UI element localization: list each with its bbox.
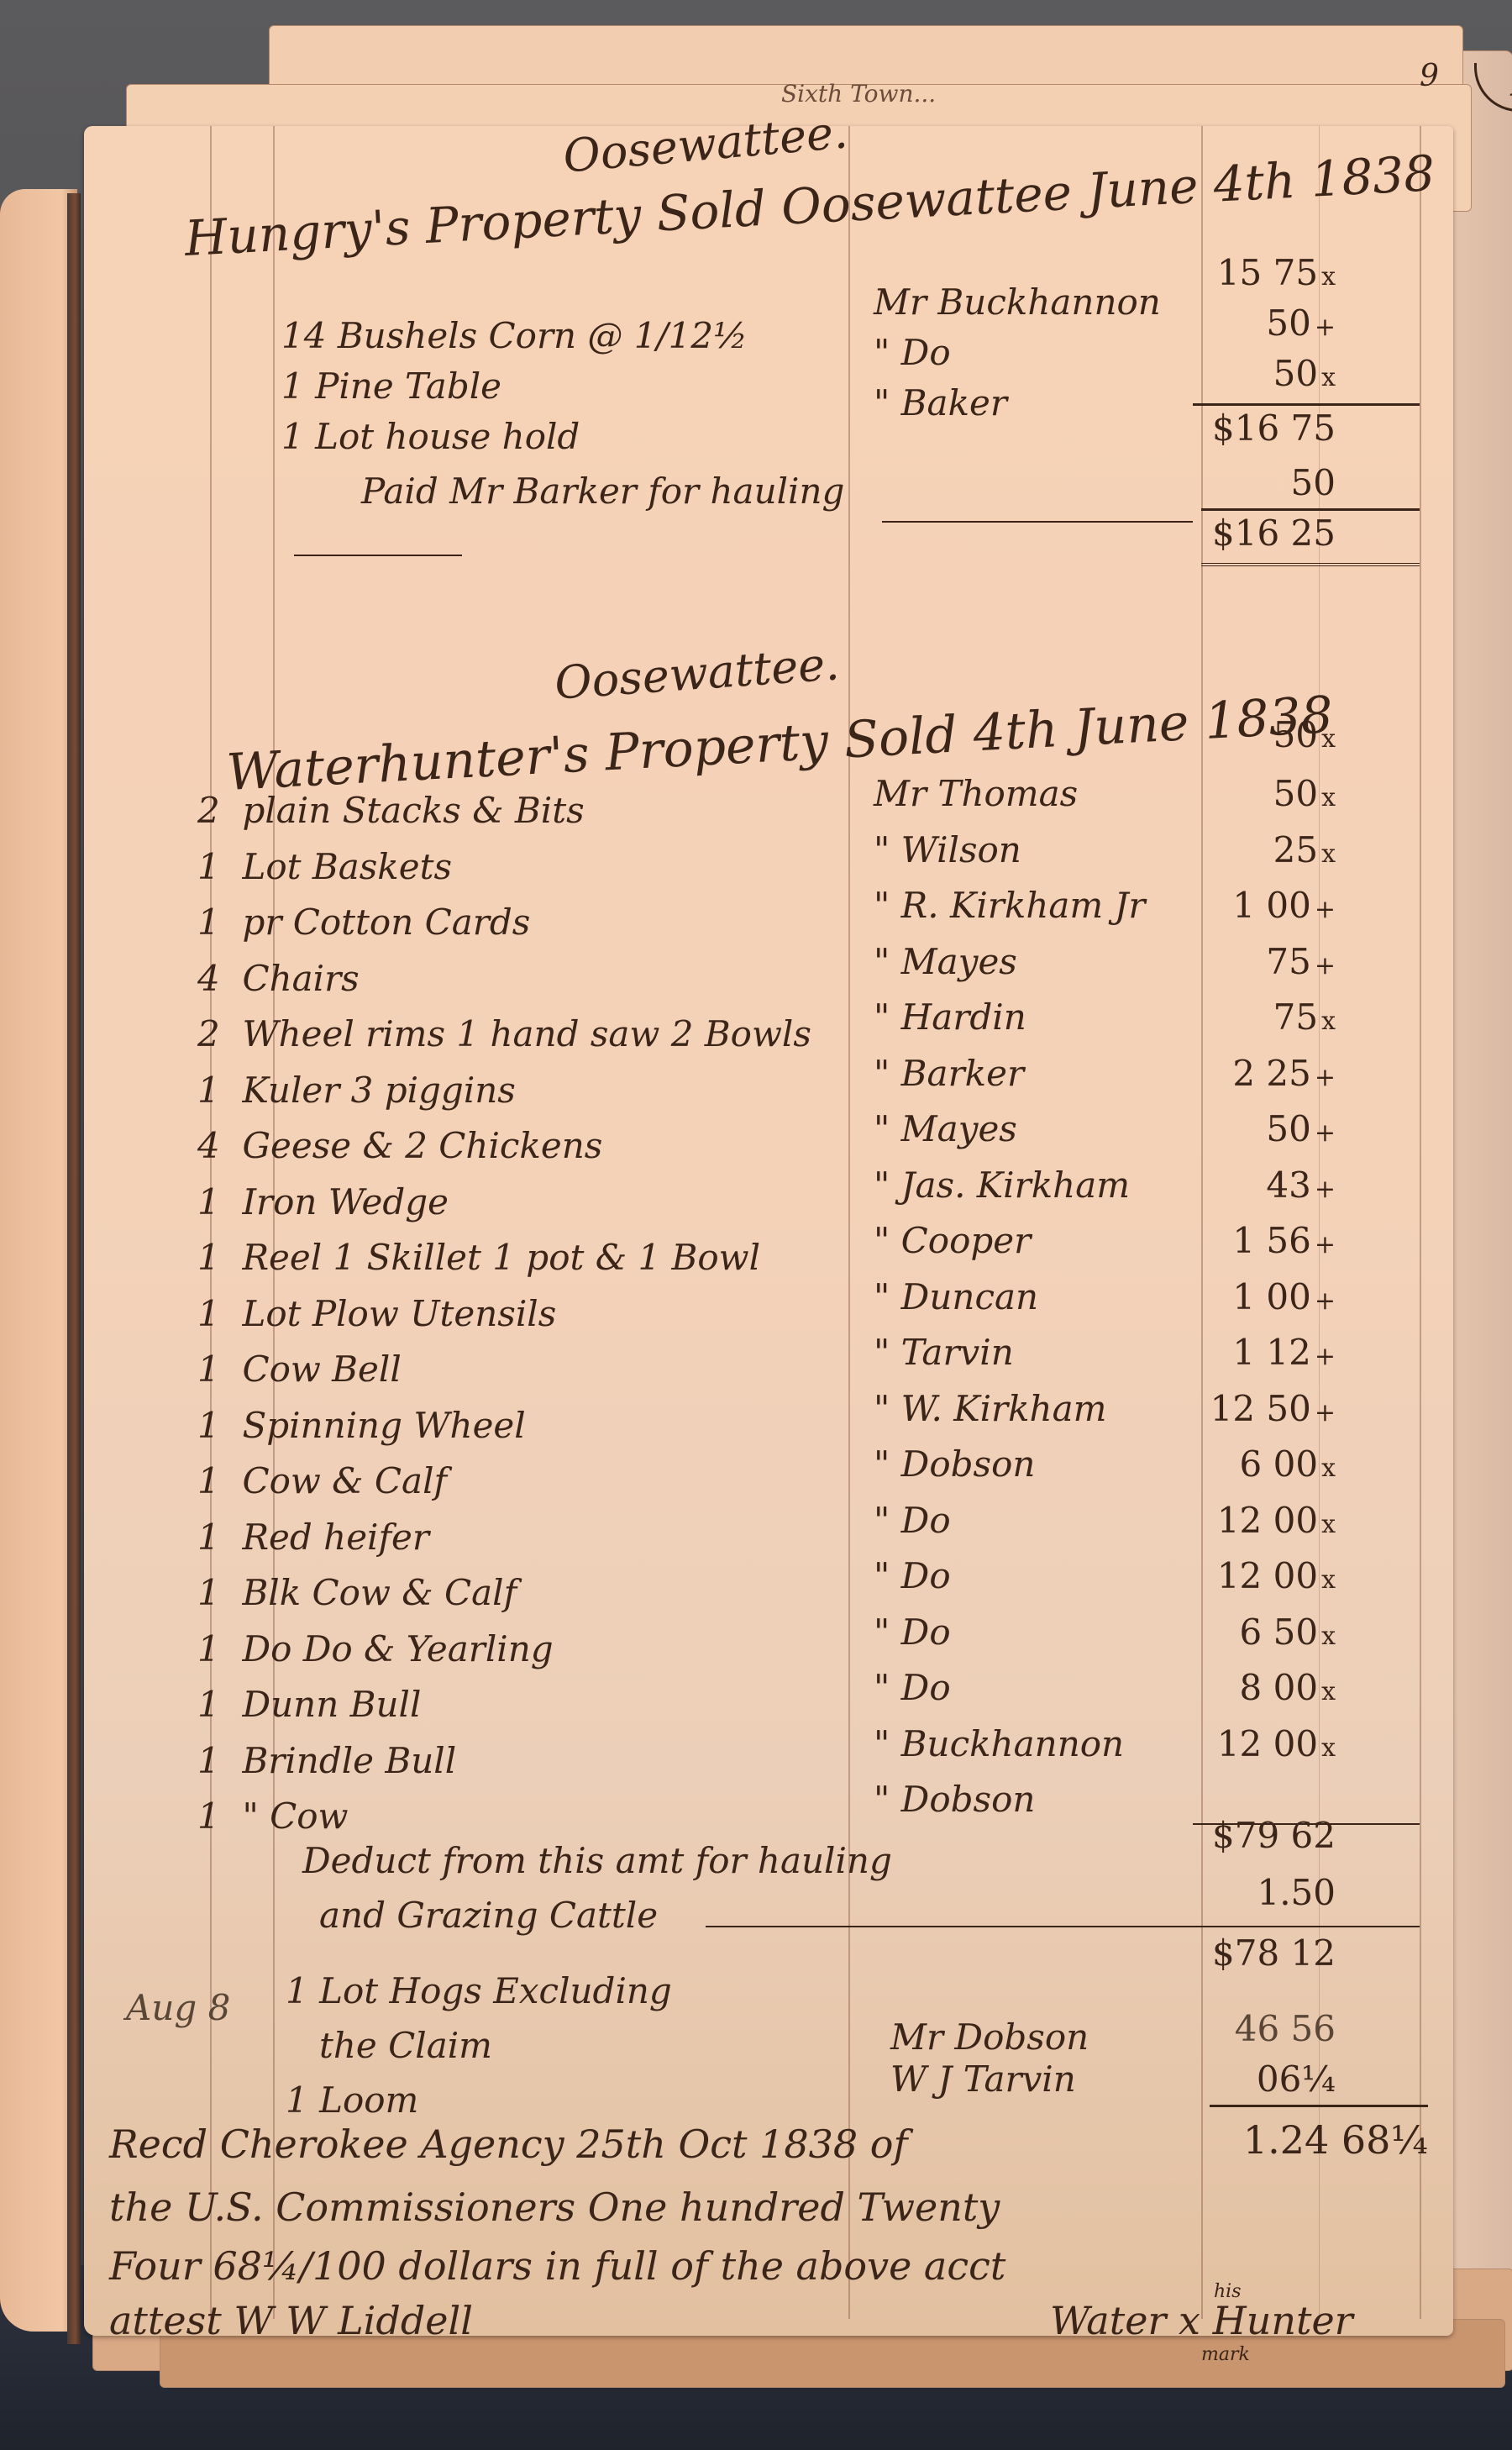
- amount: 6 00x: [1126, 1443, 1336, 1485]
- amount: 6 50x: [1126, 1611, 1336, 1653]
- list-item: 2 Wheel rims 1 hand saw 2 Bowls: [197, 1013, 811, 1054]
- section1-deduction-desc: Paid Mr Barker for hauling: [361, 471, 844, 512]
- buyer-name: " Buckhannon: [874, 1723, 1124, 1764]
- buyer-name: " Do: [874, 1611, 951, 1653]
- buyer-name: " Wilson: [874, 829, 1021, 870]
- ledger-page: Oosewattee. Hungry's Property Sold Oosew…: [84, 126, 1453, 2336]
- amount: 15 75x: [1126, 252, 1336, 293]
- list-item: 1 Lot Plow Utensils: [197, 1293, 556, 1334]
- list-item: 1 Spinning Wheel: [197, 1405, 526, 1446]
- buyer-name: " W. Kirkham: [874, 1388, 1106, 1429]
- buyer-name: " Duncan: [874, 1276, 1038, 1317]
- list-item: 1 Lot Baskets: [197, 846, 452, 887]
- list-item: 14 Bushels Corn @ 1/12½: [281, 315, 748, 356]
- receipt-attest: attest W W Liddell: [109, 2298, 473, 2343]
- section2-subtotal: $79 62: [1126, 1815, 1336, 1856]
- buyer-name: Mr Dobson: [890, 2016, 1089, 2058]
- amount: 1 00+: [1126, 1276, 1336, 1317]
- receipt-line1: Recd Cherokee Agency 25th Oct 1838 of: [109, 2121, 908, 2167]
- left-page-edge: [0, 189, 77, 2332]
- amount: 50+: [1126, 1108, 1336, 1149]
- list-item: 1 Brindle Bull: [197, 1740, 456, 1781]
- later-item: 1 Loom: [286, 2079, 418, 2121]
- list-item: 4 Geese & 2 Chickens: [197, 1125, 602, 1166]
- list-item: 1 Blk Cow & Calf: [197, 1572, 517, 1613]
- buyer-name: " Do: [874, 1667, 951, 1708]
- buyer-name: " Tarvin: [874, 1332, 1014, 1373]
- section1-title: Hungry's Property Sold Oosewattee June 4…: [183, 145, 1436, 267]
- section1-subtotal: $16 75: [1126, 407, 1336, 449]
- receipt-line2: the U.S. Commissioners One hundred Twent…: [109, 2184, 1000, 2230]
- receipt-signature: Water x Hunter: [1050, 2298, 1353, 2343]
- sum-line: [1193, 403, 1420, 406]
- amount: 12 00x: [1126, 1500, 1336, 1541]
- book-gutter: [67, 193, 81, 2344]
- buyer-name: " Do: [874, 1555, 951, 1596]
- signature-his: his: [1214, 2281, 1242, 2302]
- amount: 1 56+: [1126, 1220, 1336, 1261]
- list-item: 1 " Cow: [197, 1795, 348, 1837]
- amount: 75x: [1126, 996, 1336, 1038]
- margin-mark: 9: [1420, 59, 1439, 93]
- buyer-name: " Do: [874, 1500, 951, 1541]
- list-item: 1 Red heifer: [197, 1517, 429, 1558]
- amount: 75+: [1126, 941, 1336, 982]
- receipt-line3: Four 68¼/100 dollars in full of the abov…: [109, 2243, 1005, 2289]
- buyer-name: W J Tarvin: [890, 2058, 1076, 2100]
- buyer-name: Mr Thomas: [874, 773, 1078, 814]
- buyer-name: " Dobson: [874, 1779, 1035, 1820]
- buyer-name: " Barker: [874, 1053, 1024, 1094]
- buyer-name: " Hardin: [874, 996, 1026, 1038]
- section2-deduction-amount: 1.50: [1126, 1872, 1336, 1913]
- amount: 8 00x: [1126, 1667, 1336, 1708]
- buyer-name: " R. Kirkham Jr: [874, 885, 1146, 926]
- section2-location-heading: Oosewattee.: [553, 637, 841, 710]
- amount: 06¼: [1126, 2058, 1336, 2100]
- rule-line: [1420, 126, 1421, 2319]
- list-item: 1 Do Do & Yearling: [197, 1628, 554, 1669]
- later-item-line2: the Claim: [319, 2025, 492, 2066]
- list-item: 1 Kuler 3 piggins: [197, 1070, 516, 1111]
- section1-deduction-amount: 50: [1126, 462, 1336, 503]
- list-item: 2 plain Stacks & Bits: [197, 790, 585, 831]
- buyer-name: " Mayes: [874, 941, 1017, 982]
- buyer-name: " Cooper: [874, 1220, 1031, 1261]
- sum-line: [1201, 508, 1420, 511]
- later-item-date: Aug 8: [126, 1987, 230, 2028]
- list-item: 1 Reel 1 Skillet 1 pot & 1 Bowl: [197, 1237, 760, 1278]
- buyer-name: Mr Buckhannon: [874, 281, 1161, 323]
- struck-word-underline: [294, 555, 462, 556]
- list-item: 1 Cow & Calf: [197, 1460, 447, 1501]
- section2-deduction-line2: and Grazing Cattle: [319, 1895, 658, 1936]
- section2-deduction-line1: Deduct from this amt for hauling: [302, 1840, 892, 1881]
- amount: 1 00+: [1126, 885, 1336, 926]
- buyer-name: " Dobson: [874, 1443, 1035, 1485]
- amount: 50x: [1126, 714, 1336, 755]
- amount: 12 50+: [1126, 1388, 1336, 1429]
- amount: 12 00x: [1126, 1555, 1336, 1596]
- amount: 43+: [1126, 1165, 1336, 1206]
- list-item: 1 Dunn Bull: [197, 1684, 421, 1725]
- amount: 50x: [1126, 773, 1336, 814]
- signature-mark: mark: [1201, 2344, 1250, 2365]
- amount: 1 12+: [1126, 1332, 1336, 1373]
- rule-line: [848, 126, 850, 2319]
- dash-line: [706, 1926, 1420, 1927]
- amount: [1126, 1779, 1336, 1820]
- rule-line: [273, 126, 275, 2319]
- list-item: 4 Chairs: [197, 958, 360, 999]
- section2-net-total: $78 12: [1126, 1932, 1336, 1974]
- buyer-name: " Do: [874, 332, 951, 373]
- buyer-name: " Jas. Kirkham: [874, 1165, 1130, 1206]
- top-partial-note: Sixth Town...: [781, 80, 936, 108]
- amount: 50x: [1126, 353, 1336, 394]
- grand-total: 1.24 68¼: [1176, 2117, 1428, 2163]
- buyer-name: " Baker: [874, 382, 1007, 423]
- list-item: 1 Pine Table: [281, 365, 501, 407]
- section1-total: $16 25: [1126, 513, 1336, 554]
- list-item: 1 Cow Bell: [197, 1349, 402, 1390]
- amount: 25x: [1126, 829, 1336, 870]
- total-double-underline: [1201, 555, 1420, 566]
- list-item: 1 pr Cotton Cards: [197, 902, 530, 943]
- amount: 50+: [1126, 302, 1336, 344]
- later-item: 1 Lot Hogs Excluding: [286, 1970, 672, 2011]
- amount: 2 25+: [1126, 1053, 1336, 1094]
- sum-line: [1210, 2105, 1428, 2107]
- buyer-name: " Mayes: [874, 1108, 1017, 1149]
- list-item: 1 Lot house hold: [281, 416, 580, 457]
- list-item: 1 Iron Wedge: [197, 1181, 449, 1222]
- amount: 46 56: [1126, 2008, 1336, 2049]
- amount: 12 00x: [1126, 1723, 1336, 1764]
